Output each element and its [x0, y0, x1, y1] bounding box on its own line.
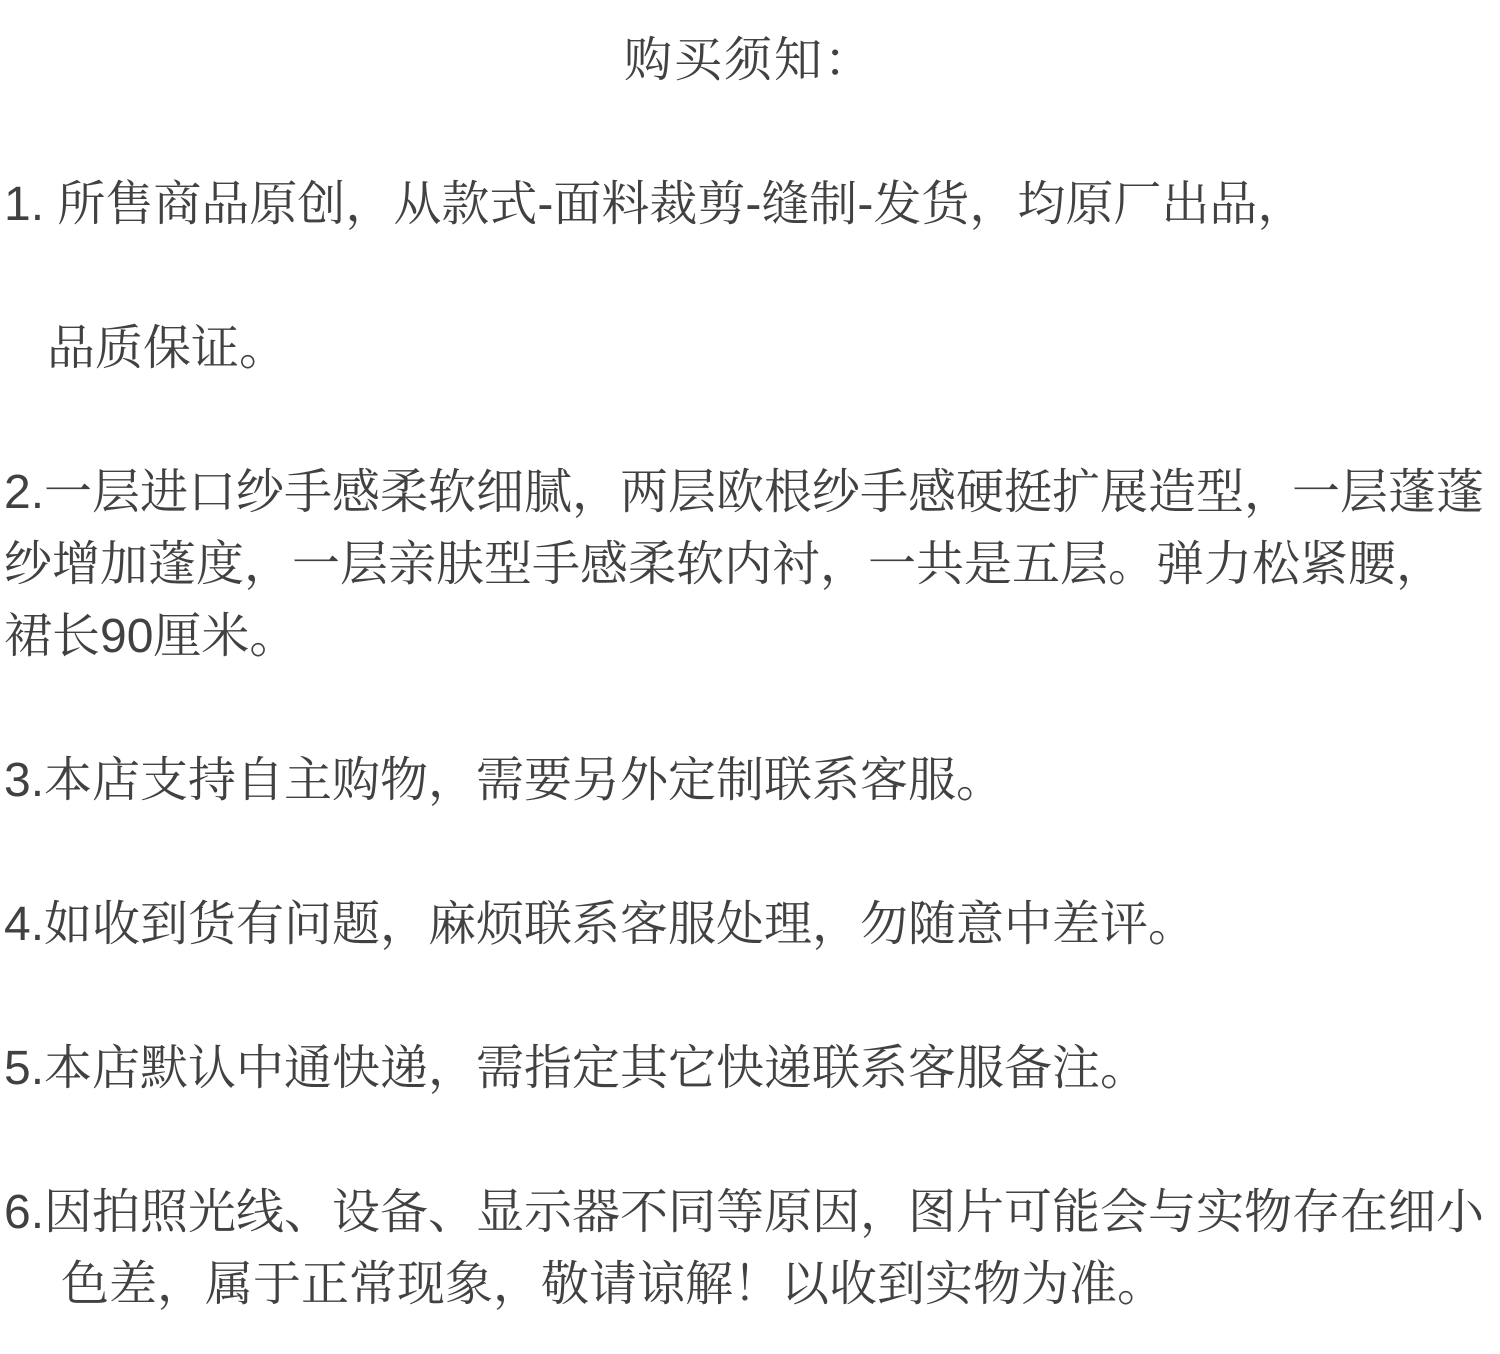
text-line: 裙长90厘米。	[4, 601, 1494, 673]
text-line: 2.一层进口纱手感柔软细腻，两层欧根纱手感硬挺扩展造型，一层蓬蓬	[4, 457, 1494, 529]
text-line: 5.本店默认中通快递，需指定其它快递联系客服备注。	[4, 1033, 1494, 1105]
notice-item-6: 6.因拍照光线、设备、显示器不同等原因，图片可能会与实物存在细小 色差，属于正常…	[4, 1177, 1494, 1321]
text-line: 色差，属于正常现象，敬请谅解！以收到实物为准。	[4, 1249, 1494, 1321]
notice-item-3: 3.本店支持自主购物，需要另外定制联系客服。	[4, 745, 1494, 817]
notice-item-1-continued: 品质保证。	[4, 313, 1494, 385]
notice-title: 购买须知：	[4, 25, 1494, 97]
text-line: 品质保证。	[4, 313, 1494, 385]
notice-item-4: 4.如收到货有问题，麻烦联系客服处理，勿随意中差评。	[4, 889, 1494, 961]
notice-item-1: 1. 所售商品原创，从款式-面料裁剪-缝制-发货，均原厂出品，	[4, 169, 1494, 241]
text-line: 6.因拍照光线、设备、显示器不同等原因，图片可能会与实物存在细小	[4, 1177, 1494, 1249]
text-line: 1. 所售商品原创，从款式-面料裁剪-缝制-发货，均原厂出品，	[4, 169, 1494, 241]
notice-item-2: 2.一层进口纱手感柔软细腻，两层欧根纱手感硬挺扩展造型，一层蓬蓬 纱增加蓬度，一…	[4, 457, 1494, 673]
purchase-notice-page: 购买须知： 1. 所售商品原创，从款式-面料裁剪-缝制-发货，均原厂出品， 品质…	[0, 0, 1500, 1354]
text-line: 3.本店支持自主购物，需要另外定制联系客服。	[4, 745, 1494, 817]
text-line: 4.如收到货有问题，麻烦联系客服处理，勿随意中差评。	[4, 889, 1494, 961]
notice-item-5: 5.本店默认中通快递，需指定其它快递联系客服备注。	[4, 1033, 1494, 1105]
text-line: 纱增加蓬度，一层亲肤型手感柔软内衬，一共是五层。弹力松紧腰，	[4, 529, 1494, 601]
